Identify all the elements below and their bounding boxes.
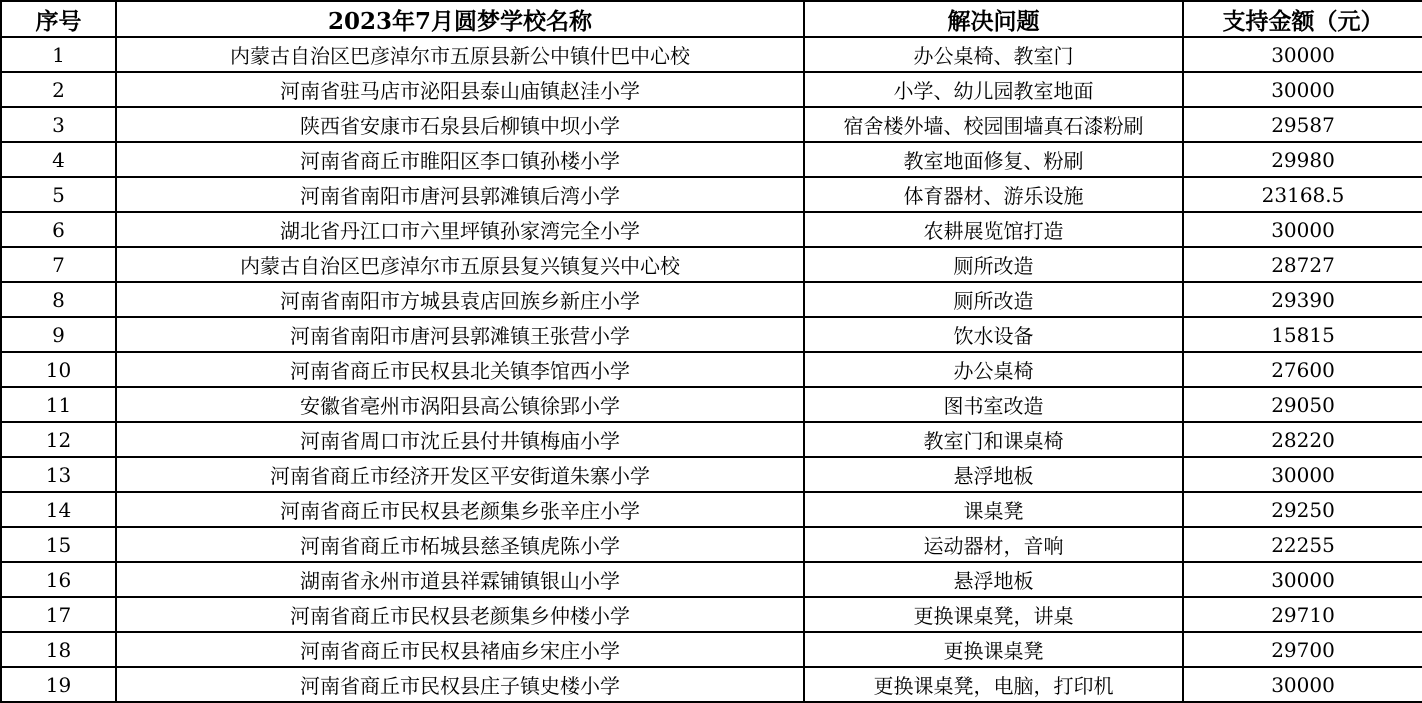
amount-cell: 28727 xyxy=(1183,247,1422,282)
column-header-problem: 解决问题 xyxy=(804,1,1183,37)
amount-cell: 29250 xyxy=(1183,492,1422,527)
table-row: 18河南省商丘市民权县褚庙乡宋庄小学更换课桌凳29700 xyxy=(1,632,1422,667)
row-index-cell: 19 xyxy=(1,667,116,702)
row-index-cell: 5 xyxy=(1,177,116,212)
table-body: 1内蒙古自治区巴彦淖尔市五原县新公中镇什巴中心校办公桌椅、教室门300002河南… xyxy=(1,37,1422,702)
row-index-cell: 3 xyxy=(1,107,116,142)
row-index-cell: 14 xyxy=(1,492,116,527)
problem-cell: 农耕展览馆打造 xyxy=(804,212,1183,247)
table-header-row: 序号 2023年7月圆梦学校名称 解决问题 支持金额（元） xyxy=(1,1,1422,37)
row-index-cell: 6 xyxy=(1,212,116,247)
problem-cell: 办公桌椅、教室门 xyxy=(804,37,1183,72)
table-row: 10河南省商丘市民权县北关镇李馆西小学办公桌椅27600 xyxy=(1,352,1422,387)
school-name-cell: 河南省商丘市民权县褚庙乡宋庄小学 xyxy=(116,632,804,667)
problem-cell: 办公桌椅 xyxy=(804,352,1183,387)
problem-cell: 更换课桌凳，讲桌 xyxy=(804,597,1183,632)
problem-cell: 宿舍楼外墙、校园围墙真石漆粉刷 xyxy=(804,107,1183,142)
table-row: 6湖北省丹江口市六里坪镇孙家湾完全小学农耕展览馆打造30000 xyxy=(1,212,1422,247)
problem-cell: 更换课桌凳 xyxy=(804,632,1183,667)
row-index-cell: 16 xyxy=(1,562,116,597)
row-index-cell: 17 xyxy=(1,597,116,632)
amount-cell: 29050 xyxy=(1183,387,1422,422)
school-name-cell: 河南省商丘市睢阳区李口镇孙楼小学 xyxy=(116,142,804,177)
school-name-cell: 河南省商丘市柘城县慈圣镇虎陈小学 xyxy=(116,527,804,562)
amount-cell: 29710 xyxy=(1183,597,1422,632)
column-header-amount: 支持金额（元） xyxy=(1183,1,1422,37)
table-row: 13河南省商丘市经济开发区平安街道朱寨小学悬浮地板30000 xyxy=(1,457,1422,492)
problem-cell: 更换课桌凳，电脑，打印机 xyxy=(804,667,1183,702)
row-index-cell: 12 xyxy=(1,422,116,457)
row-index-cell: 9 xyxy=(1,317,116,352)
problem-cell: 厕所改造 xyxy=(804,247,1183,282)
school-name-cell: 河南省商丘市经济开发区平安街道朱寨小学 xyxy=(116,457,804,492)
amount-cell: 23168.5 xyxy=(1183,177,1422,212)
table-row: 1内蒙古自治区巴彦淖尔市五原县新公中镇什巴中心校办公桌椅、教室门30000 xyxy=(1,37,1422,72)
school-name-cell: 河南省南阳市方城县袁店回族乡新庄小学 xyxy=(116,282,804,317)
problem-cell: 饮水设备 xyxy=(804,317,1183,352)
problem-cell: 悬浮地板 xyxy=(804,457,1183,492)
amount-cell: 30000 xyxy=(1183,212,1422,247)
row-index-cell: 8 xyxy=(1,282,116,317)
table-row: 9河南省南阳市唐河县郭滩镇王张营小学饮水设备15815 xyxy=(1,317,1422,352)
problem-cell: 课桌凳 xyxy=(804,492,1183,527)
amount-cell: 28220 xyxy=(1183,422,1422,457)
school-name-cell: 内蒙古自治区巴彦淖尔市五原县新公中镇什巴中心校 xyxy=(116,37,804,72)
amount-cell: 30000 xyxy=(1183,72,1422,107)
table-row: 4河南省商丘市睢阳区李口镇孙楼小学教室地面修复、粉刷29980 xyxy=(1,142,1422,177)
table-row: 19河南省商丘市民权县庄子镇史楼小学更换课桌凳，电脑，打印机30000 xyxy=(1,667,1422,702)
row-index-cell: 7 xyxy=(1,247,116,282)
amount-cell: 29587 xyxy=(1183,107,1422,142)
row-index-cell: 2 xyxy=(1,72,116,107)
table-row: 7内蒙古自治区巴彦淖尔市五原县复兴镇复兴中心校厕所改造28727 xyxy=(1,247,1422,282)
document-page: 序号 2023年7月圆梦学校名称 解决问题 支持金额（元） 1内蒙古自治区巴彦淖… xyxy=(0,0,1422,702)
school-name-cell: 湖南省永州市道县祥霖铺镇银山小学 xyxy=(116,562,804,597)
row-index-cell: 15 xyxy=(1,527,116,562)
problem-cell: 运动器材，音响 xyxy=(804,527,1183,562)
row-index-cell: 11 xyxy=(1,387,116,422)
amount-cell: 30000 xyxy=(1183,457,1422,492)
amount-cell: 29980 xyxy=(1183,142,1422,177)
school-support-table: 序号 2023年7月圆梦学校名称 解决问题 支持金额（元） 1内蒙古自治区巴彦淖… xyxy=(0,0,1422,703)
table-row: 11安徽省亳州市涡阳县高公镇徐郢小学图书室改造29050 xyxy=(1,387,1422,422)
table-row: 14河南省商丘市民权县老颜集乡张辛庄小学课桌凳29250 xyxy=(1,492,1422,527)
amount-cell: 15815 xyxy=(1183,317,1422,352)
school-name-cell: 河南省商丘市民权县老颜集乡张辛庄小学 xyxy=(116,492,804,527)
table-row: 16湖南省永州市道县祥霖铺镇银山小学悬浮地板30000 xyxy=(1,562,1422,597)
problem-cell: 图书室改造 xyxy=(804,387,1183,422)
school-name-cell: 河南省商丘市民权县北关镇李馆西小学 xyxy=(116,352,804,387)
school-name-cell: 河南省商丘市民权县老颜集乡仲楼小学 xyxy=(116,597,804,632)
row-index-cell: 1 xyxy=(1,37,116,72)
table-row: 17河南省商丘市民权县老颜集乡仲楼小学更换课桌凳，讲桌29710 xyxy=(1,597,1422,632)
problem-cell: 教室门和课桌椅 xyxy=(804,422,1183,457)
row-index-cell: 10 xyxy=(1,352,116,387)
school-name-cell: 陕西省安康市石泉县后柳镇中坝小学 xyxy=(116,107,804,142)
table-row: 2河南省驻马店市泌阳县泰山庙镇赵洼小学小学、幼儿园教室地面30000 xyxy=(1,72,1422,107)
problem-cell: 小学、幼儿园教室地面 xyxy=(804,72,1183,107)
problem-cell: 教室地面修复、粉刷 xyxy=(804,142,1183,177)
problem-cell: 厕所改造 xyxy=(804,282,1183,317)
amount-cell: 30000 xyxy=(1183,37,1422,72)
school-name-cell: 河南省南阳市唐河县郭滩镇王张营小学 xyxy=(116,317,804,352)
column-header-index: 序号 xyxy=(1,1,116,37)
row-index-cell: 18 xyxy=(1,632,116,667)
school-name-cell: 安徽省亳州市涡阳县高公镇徐郢小学 xyxy=(116,387,804,422)
school-name-cell: 河南省驻马店市泌阳县泰山庙镇赵洼小学 xyxy=(116,72,804,107)
school-name-cell: 河南省南阳市唐河县郭滩镇后湾小学 xyxy=(116,177,804,212)
amount-cell: 30000 xyxy=(1183,667,1422,702)
school-name-cell: 内蒙古自治区巴彦淖尔市五原县复兴镇复兴中心校 xyxy=(116,247,804,282)
amount-cell: 22255 xyxy=(1183,527,1422,562)
table-row: 12河南省周口市沈丘县付井镇梅庙小学教室门和课桌椅28220 xyxy=(1,422,1422,457)
table-row: 3陕西省安康市石泉县后柳镇中坝小学宿舍楼外墙、校园围墙真石漆粉刷29587 xyxy=(1,107,1422,142)
amount-cell: 29390 xyxy=(1183,282,1422,317)
table-row: 15河南省商丘市柘城县慈圣镇虎陈小学运动器材，音响22255 xyxy=(1,527,1422,562)
table-row: 8河南省南阳市方城县袁店回族乡新庄小学厕所改造29390 xyxy=(1,282,1422,317)
amount-cell: 29700 xyxy=(1183,632,1422,667)
row-index-cell: 4 xyxy=(1,142,116,177)
school-name-cell: 河南省商丘市民权县庄子镇史楼小学 xyxy=(116,667,804,702)
amount-cell: 27600 xyxy=(1183,352,1422,387)
school-name-cell: 湖北省丹江口市六里坪镇孙家湾完全小学 xyxy=(116,212,804,247)
row-index-cell: 13 xyxy=(1,457,116,492)
school-name-cell: 河南省周口市沈丘县付井镇梅庙小学 xyxy=(116,422,804,457)
table-row: 5河南省南阳市唐河县郭滩镇后湾小学体育器材、游乐设施23168.5 xyxy=(1,177,1422,212)
problem-cell: 悬浮地板 xyxy=(804,562,1183,597)
amount-cell: 30000 xyxy=(1183,562,1422,597)
column-header-school: 2023年7月圆梦学校名称 xyxy=(116,1,804,37)
problem-cell: 体育器材、游乐设施 xyxy=(804,177,1183,212)
